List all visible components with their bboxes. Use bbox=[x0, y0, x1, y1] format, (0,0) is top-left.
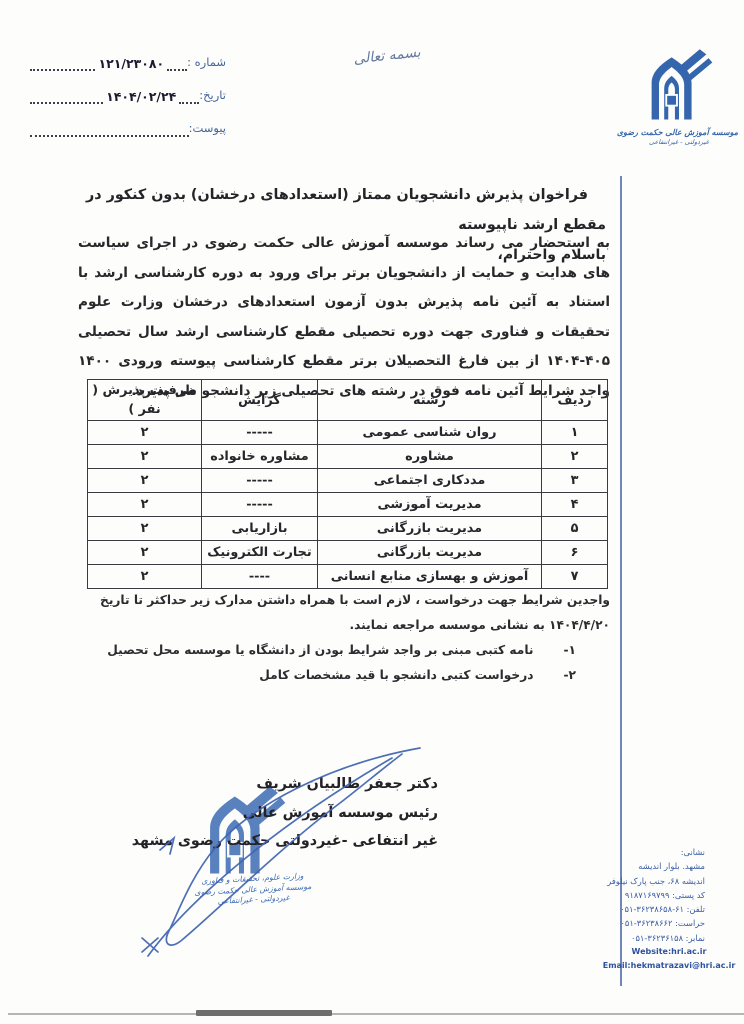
date-field: تاریخ: ۱۴۰۴/۰۲/۲۴ bbox=[30, 83, 226, 104]
attachment-label: پیوست: bbox=[189, 121, 226, 137]
fax-value: ۰۵۱-۳۶۲۳۶۱۵۸ bbox=[631, 933, 683, 943]
logo-subcaption: غیردولتی - غیرانتفاعی bbox=[620, 138, 738, 147]
date-label: تاریخ: bbox=[199, 88, 226, 104]
cell-field: مشاوره bbox=[318, 445, 542, 469]
deadline-date: ۱۴۰۴/۴/۲۰ bbox=[549, 618, 610, 632]
cell-orientation: ----- bbox=[202, 421, 318, 445]
address-label: نشانی: bbox=[600, 845, 738, 859]
date-value: ۱۴۰۴/۰۲/۲۴ bbox=[106, 89, 176, 104]
fax-line: نمابر: ۰۵۱-۳۶۲۳۶۱۵۸ bbox=[600, 931, 738, 945]
address-line: اندیشه ۶۸، جنب پارک نیلوفر bbox=[600, 874, 738, 888]
cell-orientation: ----- bbox=[202, 493, 318, 517]
dotted-leader bbox=[179, 98, 199, 104]
cell-row-number: ۴ bbox=[542, 493, 608, 517]
item-number: ۱- bbox=[563, 638, 576, 663]
website-text: Website:hri.ac.ir bbox=[600, 945, 738, 959]
col-header-capacity: ظرفیت پذیرش ( نفر ) bbox=[88, 380, 202, 421]
cell-field: مدیریت آموزشی bbox=[318, 493, 542, 517]
requirements-intro: واجدین شرایط جهت درخواست ، لازم است با ه… bbox=[52, 588, 610, 638]
cell-capacity: ۲ bbox=[88, 565, 202, 589]
table-row: ۳ مددکاری اجتماعی ----- ۲ bbox=[88, 469, 608, 493]
address-line: مشهد. بلوار اندیشه bbox=[600, 859, 738, 873]
cell-orientation: ----- bbox=[202, 469, 318, 493]
col-header-orientation: گرایش bbox=[202, 380, 318, 421]
cell-capacity: ۲ bbox=[88, 445, 202, 469]
table-row: ۱ روان شناسی عمومی ----- ۲ bbox=[88, 421, 608, 445]
scanned-letter: شماره : ۱۲۱/۲۳۰۸۰ تاریخ: ۱۴۰۴/۰۲/۲۴ پیوس… bbox=[0, 0, 744, 1024]
dotted-leader bbox=[30, 98, 103, 104]
cell-orientation: تجارت الکترونیک bbox=[202, 541, 318, 565]
postal-value: ۹۱۸۷۱۶۹۷۹۹ bbox=[625, 890, 670, 900]
item-number: ۲- bbox=[563, 663, 576, 688]
cell-field: مددکاری اجتماعی bbox=[318, 469, 542, 493]
table-row: ۵ مدیریت بازرگانی بازاریابی ۲ bbox=[88, 517, 608, 541]
cell-row-number: ۶ bbox=[542, 541, 608, 565]
cell-row-number: ۷ bbox=[542, 565, 608, 589]
handwritten-signature bbox=[130, 728, 450, 968]
table-row: ۶ مدیریت بازرگانی تجارت الکترونیک ۲ bbox=[88, 541, 608, 565]
cell-field: روان شناسی عمومی bbox=[318, 421, 542, 445]
item-text: درخواست کتبی دانشجو با قید مشخصات کامل bbox=[259, 663, 533, 688]
table-row: ۲ مشاوره مشاوره خانواده ۲ bbox=[88, 445, 608, 469]
table-row: ۴ مدیریت آموزشی ----- ۲ bbox=[88, 493, 608, 517]
requirement-item: ۲- درخواست کتبی دانشجو با قید مشخصات کام… bbox=[52, 663, 576, 688]
address-block: نشانی: مشهد. بلوار اندیشه اندیشه ۶۸، جنب… bbox=[600, 845, 738, 974]
cell-field: مدیریت بازرگانی bbox=[318, 541, 542, 565]
cell-capacity: ۲ bbox=[88, 517, 202, 541]
number-field: شماره : ۱۲۱/۲۳۰۸۰ bbox=[30, 50, 226, 71]
requirements-block: واجدین شرایط جهت درخواست ، لازم است با ه… bbox=[52, 588, 610, 688]
cell-capacity: ۲ bbox=[88, 421, 202, 445]
letterhead-logo: موسسه آموزش عالی حکمت رضوی غیردولتی - غی… bbox=[620, 44, 738, 147]
logo-caption: موسسه آموزش عالی حکمت رضوی bbox=[620, 127, 738, 138]
academic-year: ۱۴۰۴-۴۰۵ bbox=[546, 353, 610, 369]
requirement-item: ۱- نامه کتبی مبنی بر واجد شرایط بودن از … bbox=[52, 638, 576, 663]
number-label: شماره : bbox=[187, 55, 226, 71]
dotted-leader bbox=[167, 65, 187, 71]
dotted-leader bbox=[30, 131, 189, 137]
postal-code-line: کد پستی: ۹۱۸۷۱۶۹۷۹۹ bbox=[600, 888, 738, 902]
postal-label: کد پستی: bbox=[672, 890, 705, 900]
cell-row-number: ۳ bbox=[542, 469, 608, 493]
phone-label: تلفن: bbox=[687, 904, 705, 914]
security-value: ۰۵۱-۳۶۲۳۸۶۶۲ bbox=[620, 918, 672, 928]
cell-row-number: ۵ bbox=[542, 517, 608, 541]
admission-table: ردیف رشته گرایش ظرفیت پذیرش ( نفر ) ۱ رو… bbox=[87, 379, 608, 589]
cell-field: آموزش و بهسازی منابع انسانی bbox=[318, 565, 542, 589]
item-text: نامه کتبی مبنی بر واجد شرایط بودن از دان… bbox=[107, 638, 533, 663]
dotted-leader bbox=[30, 65, 95, 71]
bismillah-calligraphy: بسمه تعالی bbox=[331, 42, 442, 69]
phone-line: تلفن: ۰۵۱-۳۶۲۳۸۶۵۸-۶۱ bbox=[600, 902, 738, 916]
institute-logo-icon bbox=[642, 44, 716, 124]
security-label: حراست: bbox=[675, 918, 705, 928]
col-header-row-number: ردیف bbox=[542, 380, 608, 421]
cell-capacity: ۲ bbox=[88, 469, 202, 493]
email-text: Email:hekmatrazavi@hri.ac.ir bbox=[600, 959, 738, 973]
body-text: به استحضار می رساند موسسه آموزش عالی حکم… bbox=[78, 235, 610, 340]
number-value: ۱۲۱/۲۳۰۸۰ bbox=[98, 56, 164, 71]
requirements-text: به نشانی موسسه مراجعه نمایند. bbox=[350, 618, 550, 632]
scan-edge bbox=[8, 1013, 744, 1015]
phone-value: ۰۵۱-۳۶۲۳۸۶۵۸-۶۱ bbox=[620, 904, 684, 914]
cell-orientation: مشاوره خانواده bbox=[202, 445, 318, 469]
scan-edge-shadow bbox=[196, 1010, 332, 1016]
requirements-text: واجدین شرایط جهت درخواست ، لازم است با ه… bbox=[100, 593, 610, 607]
cell-row-number: ۲ bbox=[542, 445, 608, 469]
cell-orientation: ---- bbox=[202, 565, 318, 589]
attachment-field: پیوست: bbox=[30, 116, 226, 137]
cell-capacity: ۲ bbox=[88, 541, 202, 565]
header-fields: شماره : ۱۲۱/۲۳۰۸۰ تاریخ: ۱۴۰۴/۰۲/۲۴ پیوس… bbox=[30, 50, 226, 149]
security-phone-line: حراست: ۰۵۱-۳۶۲۳۸۶۶۲ bbox=[600, 916, 738, 930]
table-row: ۷ آموزش و بهسازی منابع انسانی ---- ۲ bbox=[88, 565, 608, 589]
cell-orientation: بازاریابی bbox=[202, 517, 318, 541]
fax-label: نمابر: bbox=[686, 933, 705, 943]
cell-row-number: ۱ bbox=[542, 421, 608, 445]
cell-capacity: ۲ bbox=[88, 493, 202, 517]
col-header-field: رشته bbox=[318, 380, 542, 421]
cell-field: مدیریت بازرگانی bbox=[318, 517, 542, 541]
table-header-row: ردیف رشته گرایش ظرفیت پذیرش ( نفر ) bbox=[88, 380, 608, 421]
